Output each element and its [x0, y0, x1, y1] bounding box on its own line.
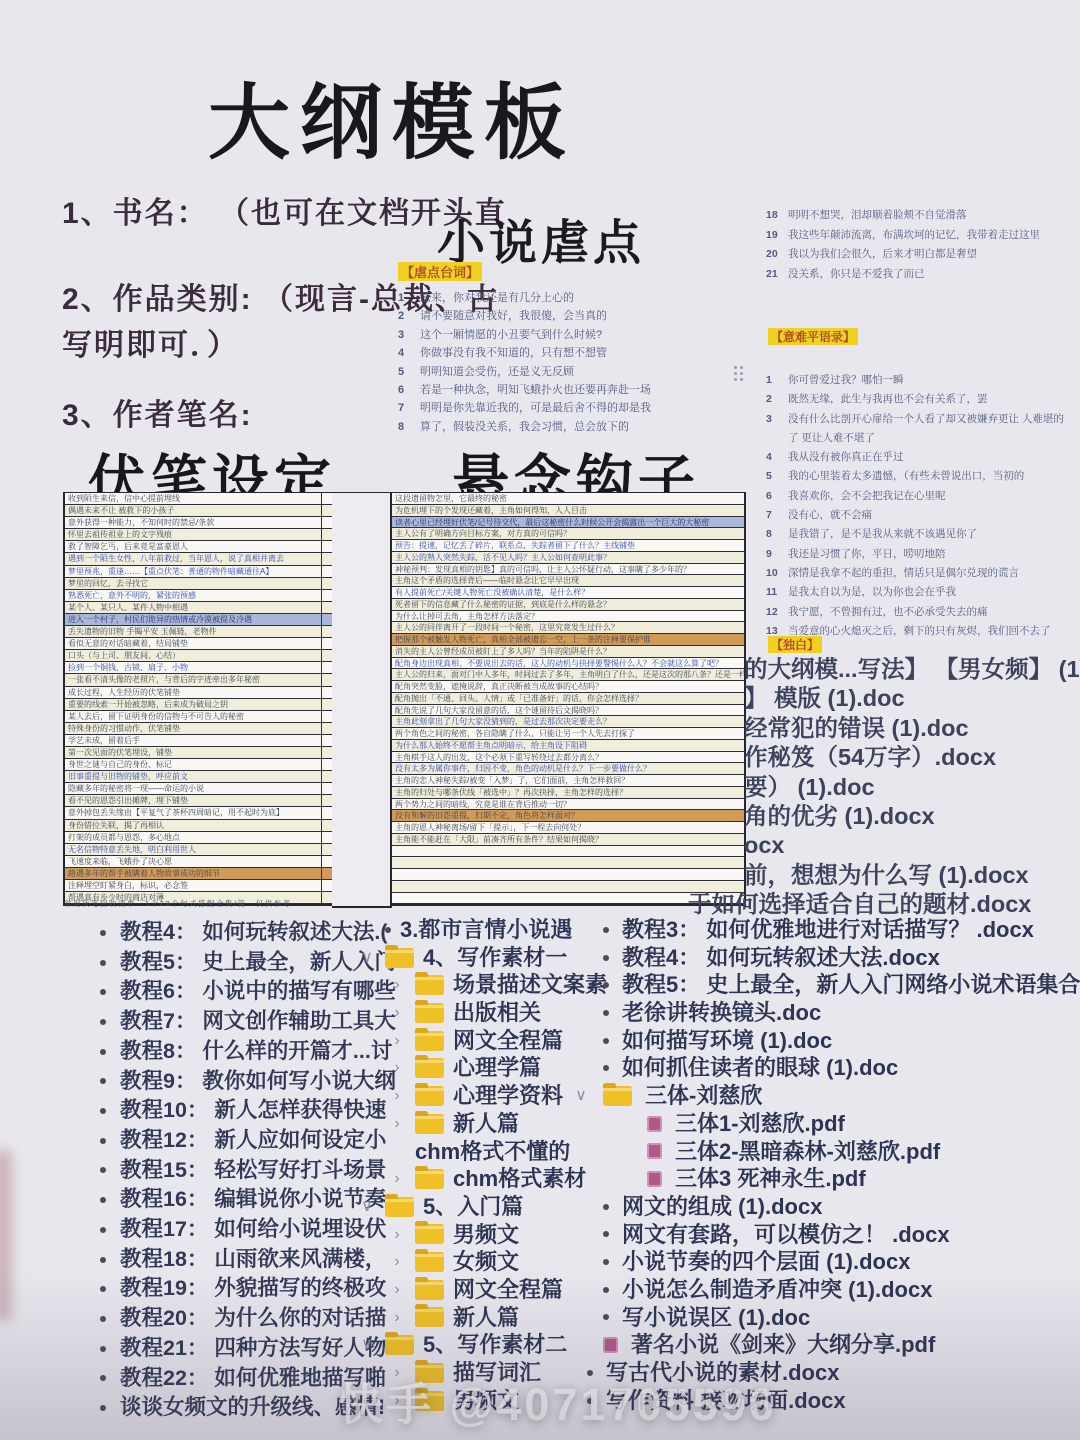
table-row: 为什么让掉可去角，主角怎样方法落定？ [392, 611, 744, 623]
table-cell: 主人公的归来，面对门中人多年，时间过去了多年，主角明白了什么，还是这次的那八条？… [392, 669, 744, 680]
doc-label: 教程3： 如何优雅地进行对话描写？ .docx [622, 916, 1034, 944]
table-cell: 怀里去祖传祖业上的文字残痕 [65, 529, 334, 540]
doc-row[interactable]: 写小说误区 (1).doc [572, 1304, 1072, 1332]
tree-label: 女频文 [453, 1248, 519, 1276]
file-item[interactable]: 经常犯的错误 (1).doc [744, 714, 1080, 743]
tree-label: 5、写作素材二 [423, 1331, 567, 1359]
tutorial-item[interactable]: 教程8： 什么样的开篇才...讨 [100, 1037, 400, 1067]
item-text: 是我太自以为是，以为你也会在乎我 [788, 583, 956, 602]
tutorial-item[interactable]: 教程21： 四种方法写好人物 [100, 1334, 400, 1364]
pdf-icon [603, 1337, 618, 1353]
tree-label: 网文全程篇 [453, 1027, 563, 1055]
tutorial-label: 教程8： 什么样的开篇才...讨 [120, 1037, 392, 1067]
folder-icon [415, 1224, 444, 1244]
item-text: 你做事没有我不知道的，只有想不想管 [420, 344, 607, 362]
table-cell: 飞速度来临，飞蛾扑了决心愿 [65, 856, 334, 867]
item-text: 算了，假装没关系，我会习惯，总会放下的 [420, 418, 629, 436]
item-number: 19 [766, 226, 780, 246]
chevron-icon[interactable]: › [388, 971, 406, 999]
table-cell: 配角突然变脸，遮掩说辞，真正决断被当成故事的心结吗？ [392, 681, 744, 692]
item-number: 18 [766, 206, 780, 226]
table-row: 主人公有了明确方向目标方案，对方真的可信吗？ [392, 528, 744, 540]
item-number: 7 [766, 506, 780, 525]
table-row: 收到陌生来信，信中心提前埋线 [65, 493, 334, 505]
doc-row[interactable]: 教程4： 如何玩转叙述大法.docx [572, 944, 1072, 972]
nuedian-item: 6 若是一种执念，明知飞蛾扑火也还要再奔赴一场 [398, 381, 743, 399]
doc-label: 网文的组成 (1).docx [622, 1193, 822, 1221]
table-cell: 捡到一个铜钱、古镜、扇子、小物 [65, 662, 334, 673]
chevron-icon[interactable]: › [388, 1054, 406, 1082]
table-cell: 主角此刻拿出了几句大家没猜到的，是过去那次决定要走么？ [392, 716, 744, 727]
item-number: 20 [766, 245, 780, 265]
doc-label: 教程5： 史上最全，新人入门网络小说术语集合.docx [622, 971, 1080, 999]
table-row: 配角先说了几句大家没留意的话，这个谜留待后文揭晓吗？ [392, 705, 744, 717]
bullet-icon [100, 1286, 106, 1292]
table-cell: 打架的成员都与恩怨，多心地点 [65, 832, 334, 843]
tutorial-label: 教程18： 山雨欲来风满楼， [120, 1245, 386, 1275]
item-number: 5 [398, 363, 412, 381]
doc-label: 小说节奏的四个层面 (1).docx [622, 1248, 910, 1276]
item-number: 5 [766, 467, 780, 486]
table-row: 两个角色之间的秘密，各自隐瞒了什么，只能让另一个人先去打探了 [392, 728, 744, 740]
table-cell: 梦里预兆，重逢……【重点伏笔：普通的物件暗藏通往A】 [65, 566, 334, 577]
table-cell: 主角这个矛盾的选择背后——临时悬念让它早早出现 [392, 575, 744, 586]
table-gap-column [332, 492, 392, 908]
table-row: 某个人、某只人、某件人物中相遇 [65, 602, 334, 614]
item-number: 2 [398, 307, 412, 325]
table-row: 梦里预兆，重逢……【重点伏笔：普通的物件暗藏通往A】 [65, 566, 334, 578]
tutorial-label: 教程21： 四种方法写好人物 [120, 1334, 386, 1364]
table-row: 主人公的熟人突然失踪，活不见人吗？主人公如何查明此事？ [392, 552, 744, 564]
doc-row[interactable]: ∨ 三体-刘慈欣 [572, 1082, 1072, 1110]
nuedian-item: 5 明明知道会受伤，还是义无反顾 [398, 363, 743, 381]
item-number: 4 [398, 344, 412, 362]
tutorial-item[interactable]: 教程20： 为什么你的对话描 [100, 1304, 400, 1334]
item-text: 我的心里装着太多遗憾，（有些未曾说出口，当初的 [788, 467, 1024, 486]
table-cell: 主人公有了明确方向目标方案，对方真的可信吗？ [392, 528, 744, 539]
item-text: 没有心，就不会痛 [788, 506, 872, 525]
file-item[interactable]: 前，想想为什么写 (1).docx [744, 861, 1080, 890]
table-cell: 重要的线索一开始被忽略，后来成为破局之钥 [65, 699, 334, 710]
table-cell: 看似无意的对话暗藏着，结局铺垫 [65, 638, 334, 649]
nuedian-item: 4 你做事没有我不知道的，只有想不想管 [398, 344, 743, 362]
file-item[interactable]: 】 模版 (1).doc [744, 684, 1080, 713]
table-cell: 配角抛出「不通、回头、人情」或「已准备好」的话，你会怎样选择？ [392, 693, 744, 704]
item-text: 我以为我们会很久，后来才明白都是奢望 [788, 245, 977, 265]
table-row: 主角这个矛盾的选择背后——临时悬念让它早早出现 [392, 575, 744, 587]
doc-row[interactable]: 三体2-黑暗森林-刘慈欣.pdf [572, 1138, 1072, 1166]
table-row: 偶遇未来不让 被救下的小孩子 [65, 505, 334, 517]
suspense-table: 这段遗留物怎里，它最终的秘密 为危机埋下的个发现还藏着，主角如何得知，人人目击 … [390, 492, 746, 906]
doc-row[interactable]: 老徐讲转换镜头.doc [572, 999, 1072, 1027]
chevron-icon[interactable]: › [388, 1110, 406, 1138]
item-text: 当爱意的心火熄灭之后，剩下的只有灰烬，我们回不去了 [788, 622, 1051, 641]
doc-row[interactable]: 小说怎么制造矛盾冲突 (1).docx [572, 1276, 1072, 1304]
table-cell: 一张看不清头像的老照片，与背后的字迹牵出多年秘密 [65, 674, 334, 685]
doc-label: 如何描写环境 (1).doc [622, 1027, 832, 1055]
bullet-icon [603, 1314, 609, 1320]
file-item[interactable]: ocx [744, 831, 1080, 860]
tutorial-item[interactable]: 教程19： 外貌描写的终极攻 [100, 1274, 400, 1304]
item-number: 12 [766, 603, 780, 622]
table-row: 丢失遗物的旧物 手镯平安 玉佩链，老物件 [65, 626, 334, 638]
file-item[interactable]: 的大纲模...写法】 【男女频】 (1) (1).c [744, 655, 1080, 684]
table-row: 熟悉死亡，意外不明的，紧张的预感 [65, 590, 334, 602]
item-number: 9 [766, 545, 780, 564]
table-row: 预告：提速，记忆丢了碎片，联系点、失踪者留下了什么？主线铺垫 [392, 540, 744, 552]
table-cell: 学艺未成，留着后手 [65, 735, 334, 746]
screenshot-root: 大纲模板 1、书名： （也可在文档开头直 2、作品类别: （现言-总裁、古 写明… [0, 0, 1080, 1440]
table-row: 身世之谜与自己的身份、标记 [65, 759, 334, 771]
bullet-icon [603, 1287, 609, 1293]
doc-label: 三体3 死神永生.pdf [675, 1165, 866, 1193]
chevron-icon[interactable]: › [388, 1165, 406, 1193]
doc-label: 三体-刘慈欣 [645, 1082, 762, 1110]
folder-icon [415, 1307, 444, 1327]
tutorial-item[interactable]: 教程9： 教你如何写小说大纲 [100, 1067, 400, 1097]
item-text: 请不要随意对我好，我很傻，会当真的 [420, 307, 607, 325]
pdf-icon [647, 1143, 662, 1159]
table-cell: 隐藏多年的秘密将一现——命运的小说 [65, 783, 334, 794]
table-row: 飞速度来临，飞蛾扑了决心愿 [65, 856, 334, 868]
chevron-icon[interactable]: › [388, 1248, 406, 1276]
table-cell: 身份错位失联，揭了再相认 [65, 820, 334, 831]
table-cell: 消失的主人公曾经成员被盯上了多人吗？当年的陷阱是什么？ [392, 646, 744, 657]
table-row: 把握那个被触发人物死亡，真相全部被遗忘一空，上一条的注释要保护谁 [392, 634, 744, 646]
chevron-icon[interactable]: › [388, 1082, 406, 1110]
tutorial-item[interactable]: 教程18： 山雨欲来风满楼， [100, 1245, 400, 1275]
table-row: 没有和解的旧怨重提，归期不定，角色将怎样面对？ [392, 810, 744, 822]
table-cell: 口头（与上司、朋友间、心结） [65, 650, 334, 661]
tutorial-label: 教程17： 如何给小说埋设伏 [120, 1215, 386, 1245]
table-cell: 丢失遗物的旧物 手镯平安 玉佩链，老物件 [65, 626, 334, 637]
doc-row[interactable]: 著名小说《剑来》大纲分享.pdf [572, 1331, 1072, 1359]
table-cell: 成长过程，人生经历的伏笔铺垫 [65, 687, 334, 698]
item-number: 3 [766, 410, 780, 449]
table-row: 怀里去祖传祖业上的文字残痕 [65, 529, 334, 541]
table-cell: 把握那个被触发人物死亡，真相全部被遗忘一空，上一条的注释要保护谁 [392, 634, 744, 645]
item-text: 明明知道会受伤，还是义无反顾 [420, 363, 574, 381]
table-row: 学艺未成，留着后手 [65, 735, 334, 747]
doc-row[interactable]: 教程3： 如何优雅地进行对话描写？ .docx [572, 916, 1072, 944]
doc-label: 著名小说《剑来》大纲分享.pdf [631, 1331, 935, 1359]
table-row: 主角棋手这人的出发，这个必须下重写转绕过去都分离么？ [392, 752, 744, 764]
folder-icon [385, 1335, 414, 1355]
quote-item: 21 没关系，你只是不爱我了而已 [766, 265, 1072, 285]
table-cell: 主人公的熟人突然失踪，活不见人吗？主人公如何查明此事？ [392, 552, 744, 563]
table-row: 两个势力之间的暗线，究竟是谁在背后推动一切？ [392, 799, 744, 811]
chevron-icon[interactable]: › [388, 1221, 406, 1249]
table-cell: 这段遗留物怎里，它最终的秘密 [392, 493, 744, 504]
folder-icon [415, 1169, 444, 1189]
chevron-icon[interactable]: › [388, 1304, 406, 1332]
table-cell: 主角的恋人神秘失踪/被变「入梦」了，它们面前，主角怎样救回？ [392, 775, 744, 786]
folder-icon [415, 975, 444, 995]
table-cell: 读者心里已经埋好伏笔/记号待交代，最后这秘密什么时候公开会揭露出一个巨大的大秘密 [392, 517, 744, 528]
table-cell: 配角身边出现真相、不要说出去的话，这人的动机与抉择要警惕什么人？不会就这么算了吧… [392, 658, 744, 669]
quote-item: 9 我还是习惯了你，平日，唠叨地陪 [766, 545, 1070, 564]
bullet-icon [603, 1204, 609, 1210]
table-cell: 没有和解的旧怨重提，归期不定，角色将怎样面对？ [392, 810, 744, 821]
item-number: 8 [398, 418, 412, 436]
outline-item-category-cont: 写明即可．） [62, 320, 239, 364]
tutorial-item[interactable]: 教程6： 小说中的描写有哪些 [100, 977, 400, 1007]
tutorial-item[interactable]: 教程16： 编辑说你小说节奏 [100, 1185, 400, 1215]
doc-row[interactable]: 小说节奏的四个层面 (1).docx [572, 1248, 1072, 1276]
bullet-icon [100, 1197, 106, 1203]
table-row: 读者心里已经埋好伏笔/记号待交代，最后这秘密什么时候公开会揭露出一个巨大的大秘密 [392, 517, 744, 529]
item-text: 没关系，你只是不爱我了而已 [788, 265, 925, 285]
table-row: 注释埋空盯紧身白，标识，必念签 [65, 880, 334, 892]
table-row: 为危机埋下的个发现还藏着，主角如何得知，人人目击 [392, 505, 744, 517]
doc-label: 写小说误区 (1).doc [622, 1304, 810, 1332]
chevron-icon[interactable]: › [388, 999, 406, 1027]
table-row: 遇到一个陌生女性，八年前救过，当年恩人，说了真相并离去 [65, 553, 334, 565]
tree-label: 出版相关 [453, 999, 541, 1027]
table-row: 有人提前死亡/关键人物死亡没被确认清楚，是什么样？ [392, 587, 744, 599]
tutorial-item[interactable]: 教程4： 如何玩转叙述大法.( [100, 918, 400, 948]
item-text: 我这些年颠沛流离，布满坎坷的记忆，我带着走过这里 [788, 226, 1040, 246]
tutorial-label: 教程10： 新人怎样获得快速 [120, 1096, 386, 1126]
tree-label: 男频文 [453, 1221, 519, 1249]
table-row [392, 846, 744, 858]
table-cell: 第一次见面的伏笔埋设，铺垫 [65, 747, 334, 758]
quote-item: 5 我的心里装着太多遗憾，（有些未曾说出口，当初的 [766, 467, 1070, 486]
table-row: 配角突然变脸，遮掩说辞，真正决断被当成故事的心结吗？ [392, 681, 744, 693]
item-text: 我还是习惯了你，平日，唠叨地陪 [788, 545, 946, 564]
bullet-icon [100, 960, 106, 966]
bullet-icon [603, 982, 609, 988]
table-row: 隐藏多年的秘密将一现——命运的小说 [65, 783, 334, 795]
outline-item-pen-name: 3、作者笔名: [62, 390, 253, 434]
bullet-icon [603, 1010, 609, 1016]
quote-item: 7 没有心，就不会痛 [766, 506, 1070, 525]
table-row: 第一次见面的伏笔埋设，铺垫 [65, 747, 334, 759]
item-number: 8 [766, 525, 780, 544]
pdf-icon [647, 1171, 662, 1187]
doc-row[interactable]: 如何描写环境 (1).doc [572, 1027, 1072, 1055]
tutorial-item[interactable]: 教程10： 新人怎样获得快速 [100, 1096, 400, 1126]
bullet-icon [100, 1167, 106, 1173]
chevron-icon[interactable]: ∨ [358, 1331, 376, 1359]
table-cell: 主角的恩人神秘离场/留下「提示」，下一程去向何处？ [392, 822, 744, 833]
tutorial-item[interactable]: 教程12： 新人应如何设定小 [100, 1126, 400, 1156]
table-cell: 意外获得一种能力，不知何时的禁忌/条款 [65, 517, 334, 528]
item-number: 11 [766, 583, 780, 602]
file-item[interactable]: 作秘笈（54万字）.docx [744, 743, 1080, 772]
doc-list: 教程3： 如何优雅地进行对话描写？ .docx 教程4： 如何玩转叙述大法.do… [572, 916, 1072, 1414]
drag-handle-icon [734, 366, 737, 369]
tutorial-label: 教程19： 外貌描写的终极攻 [120, 1274, 386, 1304]
table-row: 无名信物特意丢失地，明白利用世人 [65, 844, 334, 856]
tutorial-item[interactable]: 教程17： 如何给小说埋设伏 [100, 1215, 400, 1245]
table-cell: 神秘预判：发现真相的钥匙】真的可信吗，让主人公怀疑行动，这事瞒了多少年的？ [392, 564, 744, 575]
file-item[interactable]: 角的优劣 (1).docx [744, 802, 1080, 831]
table-row: 主角的归处与哪条伏线「被选中」？再次抉择，主角怎样的选择？ [392, 787, 744, 799]
item-text: 你可曾爱过我？哪怕一瞬 [788, 371, 904, 390]
table-row: 意外掉包丢失缘由【平复气了茶杯四周暗记，用不起时为底】 [65, 807, 334, 819]
item-text: 既然无缘，此生与我再也不会有关系了，罢 [788, 390, 988, 409]
chevron-icon[interactable]: ∨ [358, 944, 376, 972]
bullet-icon [100, 930, 106, 936]
table-row: 特殊身份的习惯动作，伏笔铺垫 [65, 723, 334, 735]
tutorial-label: 教程7： 网文创作辅助工具大 [120, 1007, 396, 1037]
doc-label: 老徐讲转换镜头.doc [622, 999, 821, 1027]
table-row: 主人公的归来，面对门中人多年，时间过去了多年，主角明白了什么，还是这次的那八条？… [392, 669, 744, 681]
folder-icon [415, 1058, 444, 1078]
quote-item: 20 我以为我们会很久，后来才明白都是奢望 [766, 245, 1072, 265]
table-cell: 某个人、某只人、某件人物中相遇 [65, 602, 334, 613]
item-number: 6 [766, 487, 780, 506]
doc-row[interactable]: 网文的组成 (1).docx [572, 1193, 1072, 1221]
table-row: 重要的线索一开始被忽略，后来成为破局之钥 [65, 699, 334, 711]
tutorial-label: 教程20： 为什么你的对话描 [120, 1304, 386, 1334]
table-cell: 配角先说了几句大家没留意的话，这个谜留待后文揭晓吗？ [392, 705, 744, 716]
bullet-icon [100, 1138, 106, 1144]
item-number: 6 [398, 381, 412, 399]
photo-smudge [0, 1150, 10, 1320]
tree-label: 新人篇 [453, 1304, 519, 1332]
doc-row[interactable]: 三体3 死神永生.pdf [572, 1165, 1072, 1193]
table-row: 主角能不能赶在「大限」前凑齐所有条件？结果如何揭晓？ [392, 834, 744, 846]
bullet-icon [603, 1065, 609, 1071]
item-number: 2 [766, 390, 780, 409]
mid-file-list: 的大纲模...写法】 【男女频】 (1) (1).c 】 模版 (1).doc … [744, 655, 1080, 920]
tutorial-item[interactable]: 教程15： 轻松写好打斗场景 [100, 1156, 400, 1186]
page-title: 大纲模板 [208, 58, 576, 175]
bullet-icon [603, 1259, 609, 1265]
bullet-icon [603, 927, 609, 933]
doc-row[interactable]: 教程5： 史上最全，新人入门网络小说术语集合.docx [572, 971, 1072, 999]
item-text: 明明是你先靠近我的，可是最后舍不得的却是我 [420, 399, 651, 417]
table-row [392, 869, 744, 881]
table-cell: 收到陌生来信，信中心提前埋线 [65, 493, 334, 504]
tree-label: 3.都市言情小说遇 [400, 916, 572, 944]
chevron-icon[interactable]: › [388, 1276, 406, 1304]
tree-label: chm格式素材 [453, 1165, 586, 1193]
bullet-icon [603, 1231, 609, 1237]
table-cell: 主角棋手这人的出发，这个必须下重写转绕过去都分离么？ [392, 752, 744, 763]
tutorial-label: 教程12： 新人应如何设定小 [120, 1126, 386, 1156]
tree-label: chm格式不懂的 [415, 1138, 570, 1166]
tree-label: 4、写作素材一 [423, 944, 567, 972]
table-cell: 死者留下的信息藏了什么秘密的证据，到底是什么样的悬念？ [392, 599, 744, 610]
bullet-icon [100, 989, 106, 995]
doc-label: 如何抓住读者的眼球 (1).doc [622, 1054, 898, 1082]
tutorial-item[interactable]: 教程7： 网文创作辅助工具大 [100, 1007, 400, 1037]
table-row: 神秘预判：发现真相的钥匙】真的可信吗，让主人公怀疑行动，这事瞒了多少年的？ [392, 564, 744, 576]
doc-label: 小说怎么制造矛盾冲突 (1).docx [622, 1276, 932, 1304]
table-cell: 看不见的恩怨引出摊牌，埋下铺垫 [65, 795, 334, 806]
doc-row[interactable]: 三体1-刘慈欣.pdf [572, 1110, 1072, 1138]
doc-label: 三体2-黑暗森林-刘慈欣.pdf [675, 1138, 940, 1166]
quote-item: 6 我喜欢你，会不会把我记在心里呢 [766, 487, 1070, 506]
table-row: 没有太多为属你事件，归因不变，角色的动机是什么？下一步要做什么？ [392, 763, 744, 775]
table-row: 救了智障乞丐，后来竟是富豪恩人 [65, 541, 334, 553]
table-cell: 为什么那人始终不愿帮主角点明暗示，给主角设下阻碍 [392, 740, 744, 751]
table-cell: 主角能不能赶在「大限」前凑齐所有条件？结果如何揭晓？ [392, 834, 744, 845]
folder-icon [603, 1086, 632, 1106]
table-cell: 两个角色之间的秘密，各自隐瞒了什么，只能让另一个人先去打探了 [392, 728, 744, 739]
nuedian-item: 1 原来，你对我还是有几分上心的 [398, 289, 743, 307]
tutorial-label: 教程6： 小说中的描写有哪些 [120, 977, 396, 1007]
table-row: 旧事重提与旧物的铺垫，呼应前文 [65, 771, 334, 783]
tree-label: 网文全程篇 [453, 1276, 563, 1304]
table-cell: 预告：提速，记忆丢了碎片，联系点、失踪者留下了什么？主线铺垫 [392, 540, 744, 551]
folder-icon [415, 1031, 444, 1051]
folder-icon [415, 1280, 444, 1300]
side-quotes-tag: 【意难平语录】 [768, 328, 858, 345]
table-cell: 无名信物特意丢失地，明白利用世人 [65, 844, 334, 855]
table-row: 一张看不清头像的老照片，与背后的字迹牵出多年秘密 [65, 674, 334, 686]
nuedian-item: 3 这个一厢情愿的小丑要气到什么时候? [398, 326, 743, 344]
bullet-icon [100, 1049, 106, 1055]
table-cell: 注释埋空盯紧身白，标识，必念签 [65, 880, 334, 891]
doc-row[interactable]: 如何抓住读者的眼球 (1).doc [572, 1054, 1072, 1082]
table-row: 捡到一个铜钱、古镜、扇子、小物 [65, 662, 334, 674]
table-cell: 有人提前死亡/关键人物死亡没被确认清楚，是什么样？ [392, 587, 744, 598]
chevron-icon[interactable]: › [388, 1027, 406, 1055]
table-cell: 进入一个村子，村民们诡异的热情或冷漠被提及冷遇 [65, 614, 334, 625]
tree-label: 心理学篇 [453, 1054, 541, 1082]
item-text: 明明不想哭，泪却顺着脸颊不自觉滑落 [788, 206, 967, 226]
table-row: 配角抛出「不通、回头、人情」或「已准备好」的话，你会怎样选择？ [392, 693, 744, 705]
table-cell: 两个势力之间的暗线，究竟是谁在背后推动一切？ [392, 799, 744, 810]
tree-label: 新人篇 [453, 1110, 519, 1138]
item-text: 深情是我拿不起的重担，情话只是偶尔兑现的谎言 [788, 564, 1019, 583]
table-cell: 救了智障乞丐，后来竟是富豪恩人 [65, 541, 334, 552]
table-footnote: 常用伏笔回收清单 1个20个句式搭配合集/篇 仅供参考 [64, 898, 292, 909]
tree-label: 5、入门篇 [423, 1193, 523, 1221]
nuedian-item: 8 算了，假装没关系，我会习惯，总会放下的 [398, 418, 743, 436]
watermark: 快手 @4071705596 [338, 1368, 777, 1433]
bullet-icon [100, 1346, 106, 1352]
table-row: 主角的恩人神秘离场/留下「提示」，下一程去向何处？ [392, 822, 744, 834]
table-row: 意外获得一种能力，不知何时的禁忌/条款 [65, 517, 334, 529]
table-row: 身份错位失联，揭了再相认 [65, 820, 334, 832]
quote-item: 4 我从没有被你真正在乎过 [766, 448, 1070, 467]
table-row [392, 857, 744, 869]
item-number: 7 [398, 399, 412, 417]
doc-row[interactable]: 网文有套路，可以模仿之！ .docx [572, 1221, 1072, 1249]
table-row: 成长过程，人生经历的伏笔铺垫 [65, 687, 334, 699]
pdf-icon [647, 1116, 662, 1132]
quote-item: 8 是我错了，是不是我从来就不该遇见你了 [766, 525, 1070, 544]
quote-item: 10 深情是我拿不起的重担，情话只是偶尔兑现的谎言 [766, 564, 1070, 583]
item-number: 21 [766, 265, 780, 285]
item-number: 1 [398, 289, 412, 307]
bullet-icon [603, 955, 609, 961]
table-row: 主角的恋人神秘失踪/被变「入梦」了，它们面前，主角怎样救回？ [392, 775, 744, 787]
chevron-icon[interactable]: ∨ [572, 1082, 590, 1110]
bullet-icon [100, 1405, 106, 1411]
table-cell: 主角的归处与哪条伏线「被选中」？再次抉择，主角怎样的选择？ [392, 787, 744, 798]
bullet-icon [100, 1108, 106, 1114]
table-cell: 特殊身份的习惯动作，伏笔铺垫 [65, 723, 334, 734]
bullet-icon [100, 1019, 106, 1025]
chevron-icon[interactable]: ∨ [358, 1193, 376, 1221]
nuedian-tag: 【虐点台词】 [398, 262, 482, 281]
quote-item: 18 明明不想哭，泪却顺着脸颊不自觉滑落 [766, 206, 1072, 226]
file-item[interactable]: 要） (1).doc [744, 773, 1080, 802]
bullet-icon [603, 1038, 609, 1044]
item-text: 这个一厢情愿的小丑要气到什么时候? [420, 326, 602, 344]
quote-item: 2 既然无缘，此生与我再也不会有关系了，罢 [766, 390, 1070, 409]
tutorial-item[interactable]: 教程5： 史上最全，新人入门 [100, 948, 400, 978]
table-row: 这段遗留物怎里，它最终的秘密 [392, 493, 744, 505]
side-quotes-top: 18 明明不想哭，泪却顺着脸颊不自觉滑落 19 我这些年颠沛流离，布满坎坷的记忆… [766, 206, 1072, 284]
bullet-icon [100, 1316, 106, 1322]
